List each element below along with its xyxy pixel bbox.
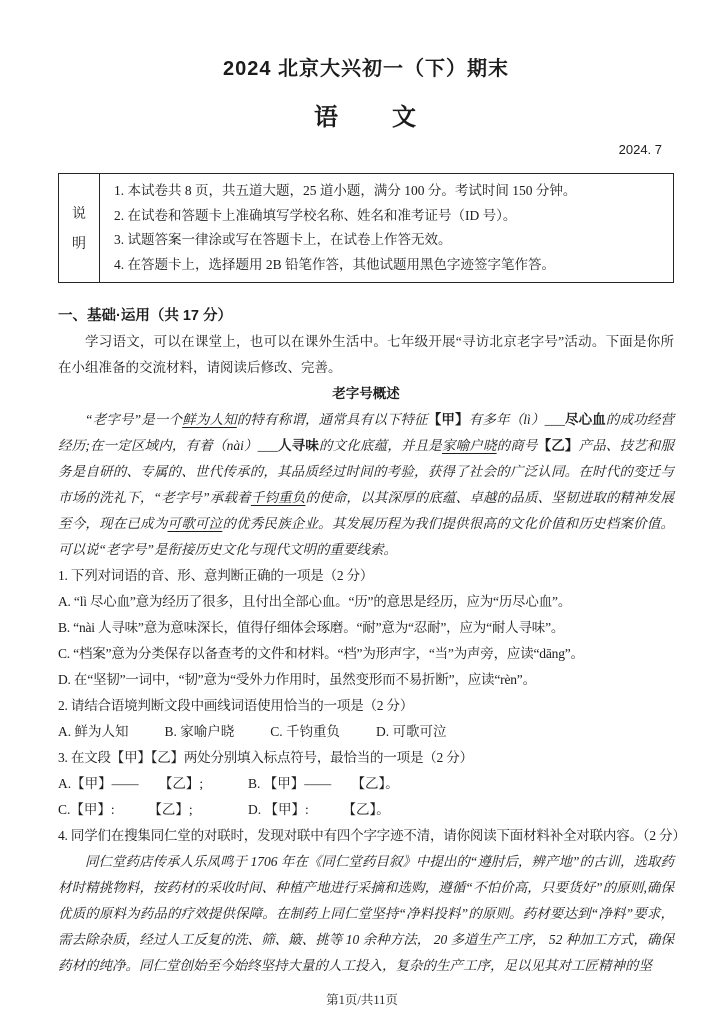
question-3-stem: 3. 在文段【甲】【乙】两处分别填入标点符号，最恰当的一项是（2 分） xyxy=(58,745,674,771)
notice-item: 2. 在试卷和答题卡上准确填写学校名称、姓名和准考证号（ID 号）。 xyxy=(114,204,667,229)
question-1-option-b: B. “nài 人寻味”意为意味深长，值得仔细体会琢磨。“耐”意为“忍耐”，应为… xyxy=(58,615,674,641)
question-2-options: A. 鲜为人知 B. 家喻户晓 C. 千钧重负 D. 可歌可泣 xyxy=(58,719,674,745)
question-1-stem: 1. 下列对词语的音、形、意判断正确的一项是（2 分） xyxy=(58,563,674,589)
notice-label: 说 明 xyxy=(59,174,100,282)
question-3-option-c: C.【甲】: 【乙】; xyxy=(58,797,248,823)
page-title: 2024 北京大兴初一（下）期末 xyxy=(58,52,674,81)
exam-paper-page: 2024 北京大兴初一（下）期末 语 文 2024. 7 说 明 1. 本试卷共… xyxy=(0,0,724,1024)
question-3-option-d: D. 【甲】: 【乙】。 xyxy=(248,797,674,823)
question-3-options: A.【甲】—— 【乙】; B. 【甲】—— 【乙】。 C.【甲】: 【乙】; D… xyxy=(58,771,674,823)
question-4-stem: 4. 同学们在搜集同仁堂的对联时，发现对联中有四个字字迹不清，请你阅读下面材料补… xyxy=(58,823,674,849)
question-2-option-c: C. 千钧重负 xyxy=(270,719,340,745)
passage-title: 老字号概述 xyxy=(58,381,674,407)
page-indicator: 第1页/共11页 xyxy=(0,990,724,1008)
notice-item: 4. 在答题卡上，选择题用 2B 铅笔作答，其他试题用黑色字迹签字笔作答。 xyxy=(114,253,667,278)
question-4-material: 同仁堂药店传承人乐凤鸣于 1706 年在《同仁堂药目叙》中提出的“遵肘后，辨产地… xyxy=(58,849,674,979)
notice-item: 1. 本试卷共 8 页，共五道大题，25 道小题，满分 100 分。考试时间 1… xyxy=(114,179,667,204)
question-2-option-a: A. 鲜为人知 xyxy=(58,719,129,745)
question-1-option-c: C. “档案”意为分类保存以备查考的文件和材料。“档”为形声字，“当”为声旁，应… xyxy=(58,641,674,667)
section-heading: 一、基础·运用（共 17 分） xyxy=(58,303,674,329)
question-2-option-b: B. 家喻户晓 xyxy=(165,719,235,745)
passage-laozihao: “老字号”是一个鲜为人知的特有称谓，通常具有以下特征【甲】有多年（lì）___尽… xyxy=(58,407,674,563)
notice-items: 1. 本试卷共 8 页，共五道大题，25 道小题，满分 100 分。考试时间 1… xyxy=(100,174,673,282)
notice-box: 说 明 1. 本试卷共 8 页，共五道大题，25 道小题，满分 100 分。考试… xyxy=(58,173,674,283)
notice-item: 3. 试题答案一律涂或写在答题卡上，在试卷上作答无效。 xyxy=(114,228,667,253)
question-1-option-a: A. “lì 尽心血”意为经历了很多，且付出全部心血。“历”的意思是经历，应为“… xyxy=(58,589,674,615)
notice-label-char-2: 明 xyxy=(72,233,86,253)
intro-paragraph: 学习语文，可以在课堂上，也可以在课外生活中。七年级开展“寻访北京老字号”活动。下… xyxy=(58,329,674,381)
question-3-option-b: B. 【甲】—— 【乙】。 xyxy=(248,771,674,797)
question-2-option-d: D. 可歌可泣 xyxy=(376,719,447,745)
subject-title: 语 文 xyxy=(58,97,674,132)
question-3-option-a: A.【甲】—— 【乙】; xyxy=(58,771,248,797)
question-1-option-d: D. 在“坚韧”一词中，“韧”意为“受外力作用时，虽然变形而不易折断”，应读“r… xyxy=(58,667,674,693)
exam-date: 2024. 7 xyxy=(58,142,674,157)
question-2-stem: 2. 请结合语境判断文段中画线词语使用恰当的一项是（2 分） xyxy=(58,693,674,719)
notice-label-char-1: 说 xyxy=(72,203,86,223)
